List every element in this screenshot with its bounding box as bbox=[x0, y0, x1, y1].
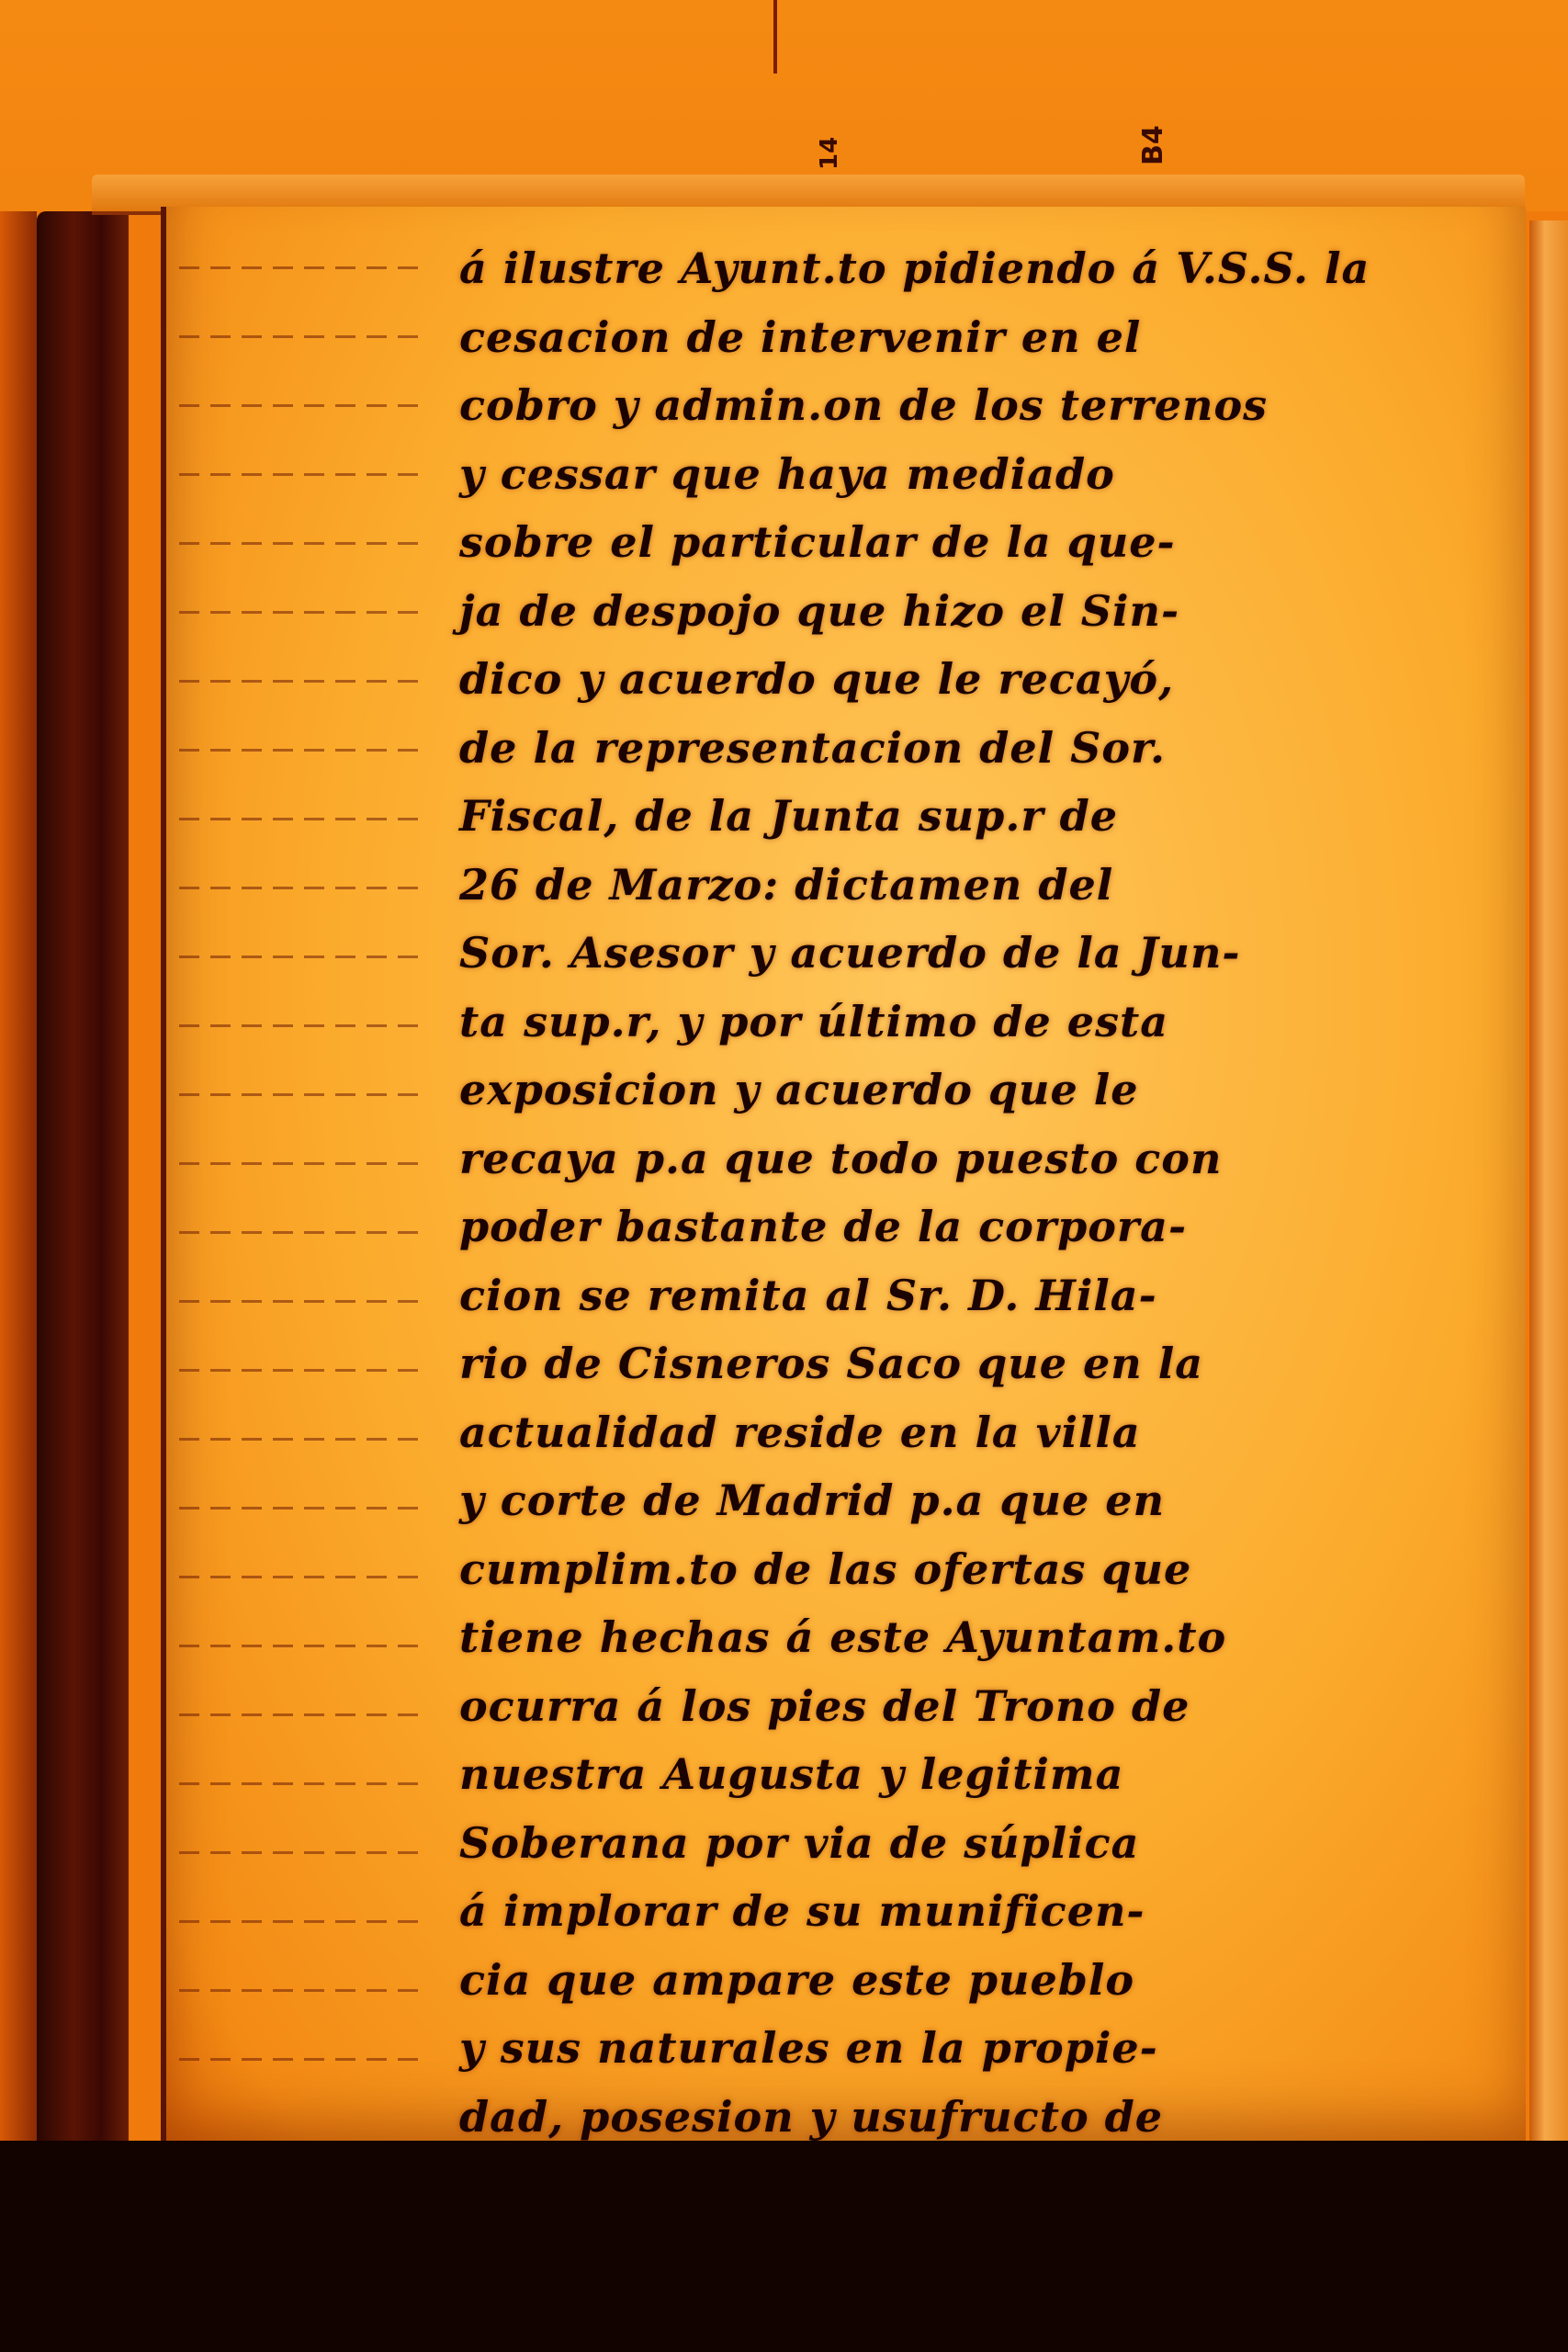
handwritten-text: á ilustre Ayunt.to pidiendo á V.S.S. la … bbox=[459, 234, 1451, 2220]
text-line: tiene hechas á este Ayuntam.to bbox=[459, 1603, 1451, 1672]
text-line: exposicion y acuerdo que le bbox=[459, 1056, 1451, 1125]
text-line: cion se remita al Sr. D. Hila- bbox=[459, 1261, 1451, 1330]
frame-code-label: B4 bbox=[1137, 125, 1169, 165]
text-line: y cessar que haya mediado bbox=[459, 440, 1451, 509]
text-line: ja de despojo que hizo el Sin- bbox=[459, 577, 1451, 646]
text-line: recaya p.a que todo puesto con bbox=[459, 1125, 1451, 1193]
text-line: ocurra á los pies del Trono de bbox=[459, 1672, 1451, 1741]
text-line: á implorar de su munificen- bbox=[459, 1877, 1451, 1946]
page-stack-edge bbox=[1529, 220, 1568, 2168]
ruler-mark bbox=[773, 0, 777, 73]
text-line: ta sup.r, y por último de esta bbox=[459, 988, 1451, 1057]
adjacent-page-edge bbox=[0, 211, 37, 2352]
book-binding bbox=[37, 211, 129, 2168]
text-line: y sus naturales en la propie- bbox=[459, 2014, 1451, 2083]
text-line: nuestra Augusta y legitima bbox=[459, 1740, 1451, 1809]
text-line: Sor. Asesor y acuerdo de la Jun- bbox=[459, 919, 1451, 988]
bottom-shadow bbox=[0, 2141, 1568, 2352]
text-line: dico y acuerdo que le recayó, bbox=[459, 645, 1451, 714]
text-line: sobre el particular de la que- bbox=[459, 508, 1451, 577]
text-line: cia que ampare este pueblo bbox=[459, 1946, 1451, 2015]
text-line: de la representacion del Sor. bbox=[459, 714, 1451, 783]
text-line: cesacion de intervenir en el bbox=[459, 303, 1451, 372]
text-line: rio de Cisneros Saco que en la bbox=[459, 1329, 1451, 1398]
frame-number-label: 14 bbox=[816, 137, 843, 170]
text-line: 26 de Marzo: dictamen del bbox=[459, 851, 1451, 920]
text-line: y corte de Madrid p.a que en bbox=[459, 1466, 1451, 1535]
text-line: Fiscal, de la Junta sup.r de bbox=[459, 782, 1451, 851]
text-line: cumplim.to de las ofertas que bbox=[459, 1535, 1451, 1604]
text-line: cobro y admin.on de los terrenos bbox=[459, 371, 1451, 440]
text-line: á ilustre Ayunt.to pidiendo á V.S.S. la bbox=[459, 234, 1451, 303]
text-line: actualidad reside en la villa bbox=[459, 1398, 1451, 1467]
text-line: Soberana por via de súplica bbox=[459, 1809, 1451, 1878]
text-line: poder bastante de la corpora- bbox=[459, 1193, 1451, 1261]
